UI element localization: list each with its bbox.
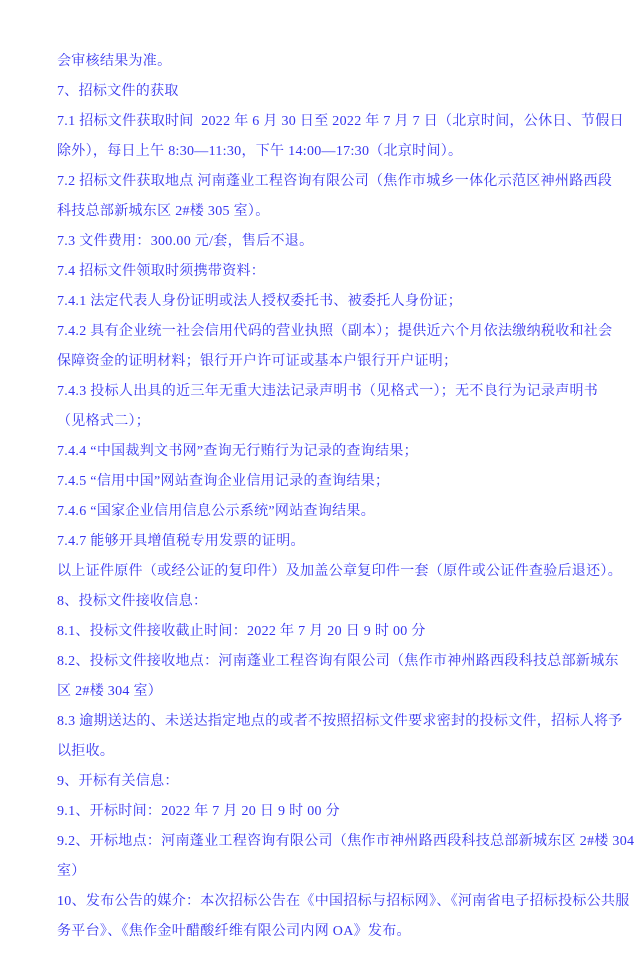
doc-line-9-2-a: 9.2、开标地点：河南蓬业工程咨询有限公司（焦作市神州路西段科技总部新城东区 2… <box>57 827 587 857</box>
doc-line-7-1-a: 7.1 招标文件获取时间 2022 年 6 月 30 日至 2022 年 7 月… <box>57 107 587 137</box>
doc-heading-section-8: 8、投标文件接收信息： <box>57 587 587 617</box>
doc-line-7-4-6: 7.4.6 “国家企业信用信息公示系统”网站查询结果。 <box>57 497 587 527</box>
doc-heading-section-9: 9、开标有关信息： <box>57 767 587 797</box>
doc-line-7-2-b: 科技总部新城东区 2#楼 305 室）。 <box>57 197 587 227</box>
doc-line-7-4-4: 7.4.4 “中国裁判文书网”查询无行贿行为记录的查询结果； <box>57 437 587 467</box>
doc-line-7-3: 7.3 文件费用：300.00 元/套，售后不退。 <box>57 227 587 257</box>
doc-line-7-2-a: 7.2 招标文件获取地点 河南蓬业工程咨询有限公司（焦作市城乡一体化示范区神州路… <box>57 167 587 197</box>
doc-line-7-4-2-a: 7.4.2 具有企业统一社会信用代码的营业执照（副本）；提供近六个月依法缴纳税收… <box>57 317 587 347</box>
doc-line-7-4-7: 7.4.7 能够开具增值税专用发票的证明。 <box>57 527 587 557</box>
doc-line-8-2-b: 区 2#楼 304 室） <box>57 677 587 707</box>
doc-line-10-b: 务平台》、《焦作金叶醋酸纤维有限公司内网 OA》发布。 <box>57 917 587 947</box>
document-page: 会审核结果为准。 7、招标文件的获取 7.1 招标文件获取时间 2022 年 6… <box>0 0 639 978</box>
doc-line-10-a: 10、发布公告的媒介：本次招标公告在《中国招标与招标网》、《河南省电子招标投标公… <box>57 887 587 917</box>
doc-line-8-1: 8.1、投标文件接收截止时间：2022 年 7 月 20 日 9 时 00 分 <box>57 617 587 647</box>
doc-line-7-1-b: 除外），每日上午 8:30—11:30，下午 14:00—17:30（北京时间）… <box>57 137 587 167</box>
doc-line-7-4: 7.4 招标文件领取时须携带资料： <box>57 257 587 287</box>
doc-line-9-2-b: 室） <box>57 857 587 887</box>
doc-line-7-4-1: 7.4.1 法定代表人身份证明或法人授权委托书、被委托人身份证； <box>57 287 587 317</box>
doc-line-9-1: 9.1、开标时间：2022 年 7 月 20 日 9 时 00 分 <box>57 797 587 827</box>
doc-line-certificates-note: 以上证件原件（或经公证的复印件）及加盖公章复印件一套（原件或公证件查验后退还）。 <box>57 557 587 587</box>
doc-line-8-3-b: 以拒收。 <box>57 737 587 767</box>
doc-line-7-4-2-b: 保障资金的证明材料；银行开户许可证或基本户银行开户证明； <box>57 347 587 377</box>
doc-line-review-result: 会审核结果为准。 <box>57 47 587 77</box>
doc-line-7-4-3-a: 7.4.3 投标人出具的近三年无重大违法记录声明书（见格式一）；无不良行为记录声… <box>57 377 587 407</box>
doc-line-7-4-3-b: （见格式二）； <box>57 407 587 437</box>
doc-heading-section-7: 7、招标文件的获取 <box>57 77 587 107</box>
doc-line-8-3-a: 8.3 逾期送达的、未送达指定地点的或者不按照招标文件要求密封的投标文件，招标人… <box>57 707 587 737</box>
doc-line-8-2-a: 8.2、投标文件接收地点：河南蓬业工程咨询有限公司（焦作市神州路西段科技总部新城… <box>57 647 587 677</box>
doc-line-7-4-5: 7.4.5 “信用中国”网站查询企业信用记录的查询结果； <box>57 467 587 497</box>
